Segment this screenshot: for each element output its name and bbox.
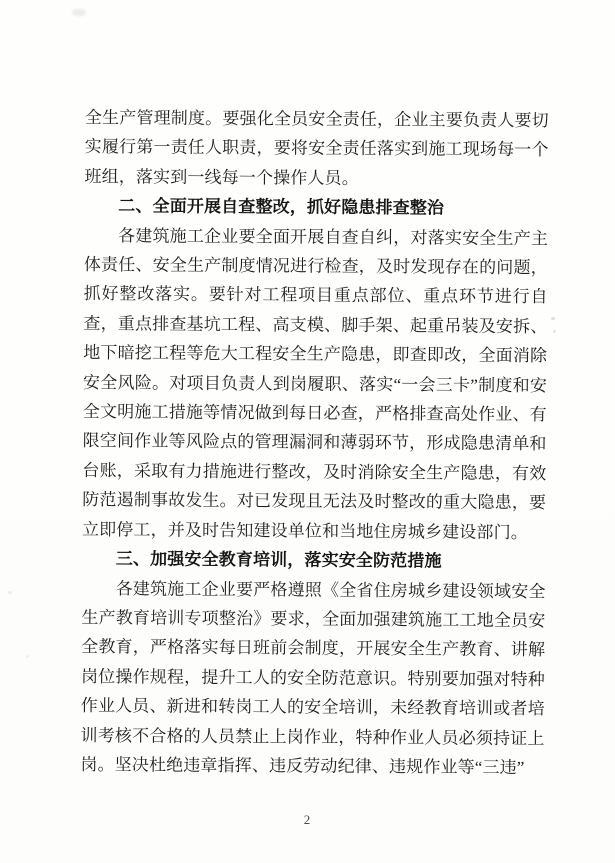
- scan-speck: [551, 317, 555, 320]
- paragraph-continuation: 全生产管理制度。要强化全员安全责任，企业主要负责人要切实履行第一责任人职责，要将…: [84, 103, 549, 194]
- paragraph-section-3: 各建筑施工企业要严格遵照《全省住房城乡建设领域安全生产教育培训专项整治》要求，全…: [80, 573, 545, 782]
- page-number: 2: [0, 812, 615, 828]
- section-heading-2: 二、全面开展自查整改，抓好隐患排查整治: [84, 191, 548, 224]
- paragraph-section-2: 各建筑施工企业要全面开展自查自纠，对落实安全生产主体责任、安全生产制度情况进行检…: [82, 221, 548, 548]
- document-body: 全生产管理制度。要强化全员安全责任，企业主要负责人要切实履行第一责任人职责，要将…: [80, 103, 549, 783]
- scan-speck: [26, 655, 29, 658]
- scan-speck: [72, 9, 86, 16]
- section-heading-3: 三、加强安全教育培训，落实安全防范措施: [82, 544, 546, 577]
- scanned-document-page: 全生产管理制度。要强化全员安全责任，企业主要负责人要切实履行第一责任人职责，要将…: [0, 0, 615, 863]
- scan-speck: [8, 591, 12, 594]
- scan-speck: [553, 330, 556, 333]
